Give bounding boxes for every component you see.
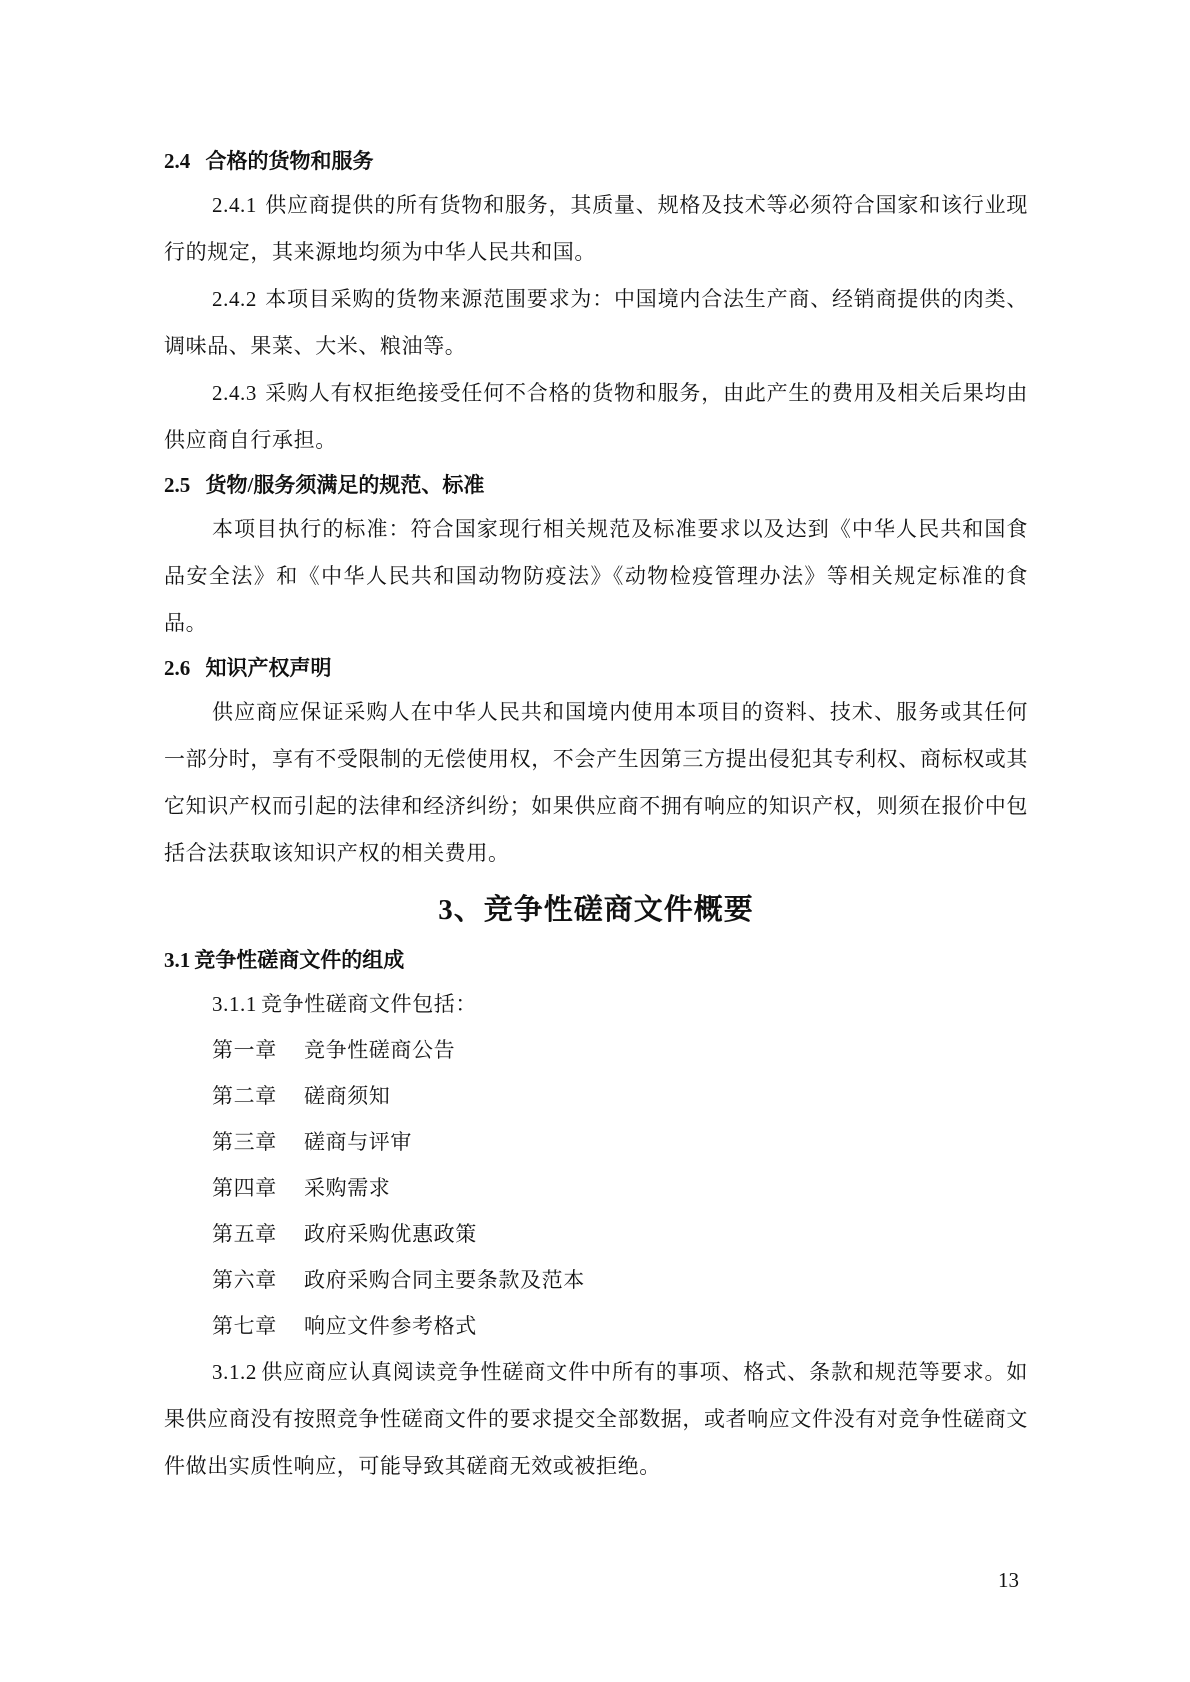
section-number: 3.1	[164, 948, 190, 972]
chapter-heading-3: 3、竞争性磋商文件概要	[164, 879, 1028, 939]
chapter-name: 采购需求	[304, 1176, 390, 1200]
chapter-label: 第一章	[212, 1027, 304, 1073]
page-number: 13	[998, 1568, 1019, 1593]
clause-3-1-1: 3.1.1竞争性磋商文件包括：	[164, 981, 1028, 1027]
clause-number: 3.1.2	[212, 1360, 257, 1384]
clause-number: 2.4.3	[212, 381, 257, 405]
page-content: 2.4 合格的货物和服务 2.4.1供应商提供的所有货物和服务，其质量、规格及技…	[164, 140, 1028, 1490]
section-heading-2-6: 2.6 知识产权声明	[164, 647, 1028, 689]
chapter-label: 第二章	[212, 1073, 304, 1119]
clause-text: 供应商应认真阅读竞争性磋商文件中所有的事项、格式、条款和规范等要求。如果供应商没…	[164, 1360, 1028, 1478]
clause-3-1-2: 3.1.2供应商应认真阅读竞争性磋商文件中所有的事项、格式、条款和规范等要求。如…	[164, 1349, 1028, 1490]
clause-2-4-3: 2.4.3采购人有权拒绝接受任何不合格的货物和服务，由此产生的费用及相关后果均由…	[164, 370, 1028, 464]
section-heading-2-5: 2.5 货物/服务须满足的规范、标准	[164, 464, 1028, 506]
list-item: 第五章政府采购优惠政策	[164, 1211, 1028, 1257]
chapter-name: 磋商须知	[304, 1084, 390, 1108]
chapter-name: 政府采购合同主要条款及范本	[304, 1268, 585, 1292]
section-heading-3-1: 3.1竞争性磋商文件的组成	[164, 939, 1028, 981]
chapter-label: 第七章	[212, 1303, 304, 1349]
section-number: 2.6	[164, 656, 190, 680]
list-item: 第二章磋商须知	[164, 1073, 1028, 1119]
clause-text: 本项目采购的货物来源范围要求为：中国境内合法生产商、经销商提供的肉类、调味品、果…	[164, 287, 1028, 358]
clause-number: 3.1.1	[212, 992, 257, 1016]
clause-2-4-1: 2.4.1供应商提供的所有货物和服务，其质量、规格及技术等必须符合国家和该行业现…	[164, 182, 1028, 276]
list-item: 第四章采购需求	[164, 1165, 1028, 1211]
clause-number: 2.4.1	[212, 193, 257, 217]
chapter-label: 第三章	[212, 1119, 304, 1165]
clause-text: 采购人有权拒绝接受任何不合格的货物和服务，由此产生的费用及相关后果均由供应商自行…	[164, 381, 1028, 452]
chapter-label: 第五章	[212, 1211, 304, 1257]
section-2-5-body: 本项目执行的标准：符合国家现行相关规范及标准要求以及达到《中华人民共和国食品安全…	[164, 506, 1028, 647]
chapter-label: 第六章	[212, 1257, 304, 1303]
clause-text: 供应商提供的所有货物和服务，其质量、规格及技术等必须符合国家和该行业现行的规定，…	[164, 193, 1028, 264]
chapter-label: 第四章	[212, 1165, 304, 1211]
section-title: 竞争性磋商文件的组成	[194, 948, 404, 972]
list-item: 第三章磋商与评审	[164, 1119, 1028, 1165]
document-page: 2.4 合格的货物和服务 2.4.1供应商提供的所有货物和服务，其质量、规格及技…	[0, 0, 1190, 1682]
section-title: 知识产权声明	[206, 656, 332, 680]
clause-text: 竞争性磋商文件包括：	[261, 992, 477, 1016]
section-heading-2-4: 2.4 合格的货物和服务	[164, 140, 1028, 182]
section-number: 2.5	[164, 473, 190, 497]
list-item: 第六章政府采购合同主要条款及范本	[164, 1257, 1028, 1303]
chapter-name: 竞争性磋商公告	[304, 1038, 455, 1062]
section-title: 合格的货物和服务	[206, 149, 374, 173]
chapter-title: 竞争性磋商文件概要	[484, 892, 754, 926]
chapter-name: 政府采购优惠政策	[304, 1222, 477, 1246]
chapter-number: 3、	[438, 894, 484, 926]
clause-2-4-2: 2.4.2本项目采购的货物来源范围要求为：中国境内合法生产商、经销商提供的肉类、…	[164, 276, 1028, 370]
section-title: 货物/服务须满足的规范、标准	[206, 473, 485, 497]
section-2-6-body: 供应商应保证采购人在中华人民共和国境内使用本项目的资料、技术、服务或其任何一部分…	[164, 689, 1028, 877]
list-item: 第七章响应文件参考格式	[164, 1303, 1028, 1349]
section-number: 2.4	[164, 149, 190, 173]
chapter-name: 磋商与评审	[304, 1130, 412, 1154]
chapter-name: 响应文件参考格式	[304, 1314, 477, 1338]
clause-number: 2.4.2	[212, 287, 257, 311]
chapter-list: 第一章竞争性磋商公告 第二章磋商须知 第三章磋商与评审 第四章采购需求 第五章政…	[164, 1027, 1028, 1349]
list-item: 第一章竞争性磋商公告	[164, 1027, 1028, 1073]
